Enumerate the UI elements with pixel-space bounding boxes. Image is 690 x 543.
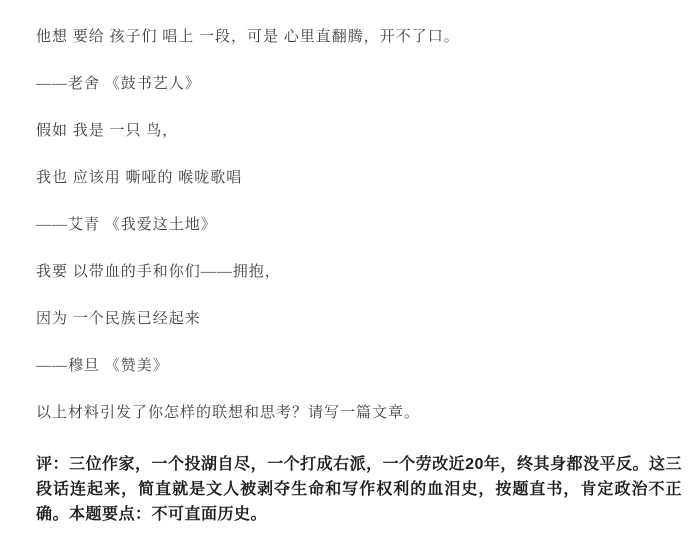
quote-aiqing-line-1: 假如 我是 一只 鸟， [36, 123, 682, 139]
attribution-aiqing: ——艾青 《我爱这土地》 [36, 217, 682, 233]
document-page: 他想 要给 孩子们 唱上 一段，可是 心里直翻腾，开不了口。 ——老舍 《鼓书艺… [0, 0, 690, 543]
quote-drum-singer-text: 他想 要给 孩子们 唱上 一段，可是 心里直翻腾，开不了口。 [36, 29, 682, 45]
document-body: 他想 要给 孩子们 唱上 一段，可是 心里直翻腾，开不了口。 ——老舍 《鼓书艺… [0, 0, 690, 527]
commentary-paragraph: 评：三位作家，一个投湖自尽，一个打成右派，一个劳改近20年，终其身都没平反。这三… [36, 452, 682, 527]
quote-mudan-line-2: 因为 一个民族已经起来 [36, 311, 682, 327]
quote-aiqing-line-2: 我也 应该用 嘶哑的 喉咙歌唱 [36, 170, 682, 186]
attribution-laoshe: ——老舍 《鼓书艺人》 [36, 76, 682, 92]
attribution-mudan: ——穆旦 《赞美》 [36, 358, 682, 374]
quote-mudan-line-1: 我要 以带血的手和你们——拥抱， [36, 264, 682, 280]
essay-prompt: 以上材料引发了你怎样的联想和思考？请写一篇文章。 [36, 405, 682, 421]
